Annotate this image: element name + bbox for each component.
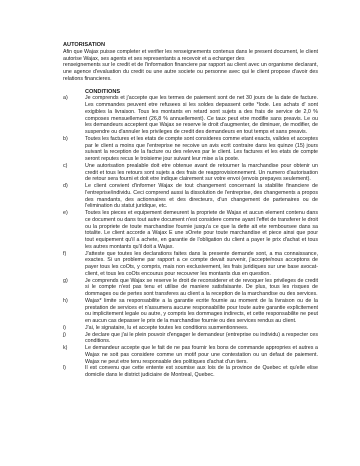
authorization-text-2: renseignements sur le credit et de l'inf…	[63, 62, 318, 82]
authorization-text-1: Afin que Wajax puisse completer et verif…	[63, 49, 318, 63]
condition-label: a)	[63, 95, 85, 136]
condition-label: d)	[63, 183, 85, 210]
condition-text: Toutes les pieces et equipement demeuren…	[85, 210, 318, 251]
condition-text: Toutes les factures et les etats de comp…	[85, 136, 318, 163]
condition-label: i)	[63, 325, 85, 332]
condition-label: e)	[63, 210, 85, 251]
condition-d: d) Le client convient d'informer Wajax d…	[63, 183, 318, 210]
condition-label: h)	[63, 298, 85, 325]
condition-f: f) J'atteste que toutes les declarations…	[63, 251, 318, 278]
condition-e: e) Toutes les pieces et equipement demeu…	[63, 210, 318, 251]
condition-label: g)	[63, 278, 85, 298]
condition-text: Je comprends que Wajax se reserve le dro…	[85, 278, 318, 298]
condition-text: Wajax* limite sa responsabilite a la gar…	[85, 298, 318, 325]
condition-label: k)	[63, 345, 85, 365]
condition-j: j) Je declare que j'ai le plein pouvoir …	[63, 332, 318, 346]
conditions-heading: CONDITIONS	[85, 89, 318, 96]
condition-k: k) Le demandeur accepte que le fait de n…	[63, 345, 318, 365]
condition-text: Je comprends et j'accepte que les termes…	[85, 95, 318, 136]
condition-text: Je declare que j'ai le plein pouvoir d'e…	[85, 332, 318, 346]
condition-label: l)	[63, 365, 85, 379]
condition-text: Le demandeur accepte que le fait de ne p…	[85, 345, 318, 365]
authorization-heading: AUTORISATION	[63, 42, 318, 49]
condition-c: c) Une autorisation prealable doit etre …	[63, 163, 318, 183]
condition-text: J'atteste que toutes les declarations fa…	[85, 251, 318, 278]
condition-text: Une autorisation prealable doit etre obt…	[85, 163, 318, 183]
condition-label: c)	[63, 163, 85, 183]
condition-l: l) Il est convenu que cette entente est …	[63, 365, 318, 379]
condition-label: j)	[63, 332, 85, 346]
condition-text: J'ai, le signataire, lu et accepte toute…	[85, 325, 318, 332]
condition-g: g) Je comprends que Wajax se reserve le …	[63, 278, 318, 298]
condition-a: a) Je comprends et j'accepte que les ter…	[63, 95, 318, 136]
condition-label: b)	[63, 136, 85, 163]
condition-b: b) Toutes les factures et les etats de c…	[63, 136, 318, 163]
document-page: AUTORISATION Afin que Wajax puisse compl…	[63, 42, 318, 379]
condition-text: Le client convient d'informer Wajax de t…	[85, 183, 318, 210]
condition-label: f)	[63, 251, 85, 278]
condition-i: i) J'ai, le signataire, lu et accepte to…	[63, 325, 318, 332]
condition-text: Il est convenu que cette entente est sou…	[85, 365, 318, 379]
condition-h: h) Wajax* limite sa responsabilite a la …	[63, 298, 318, 325]
